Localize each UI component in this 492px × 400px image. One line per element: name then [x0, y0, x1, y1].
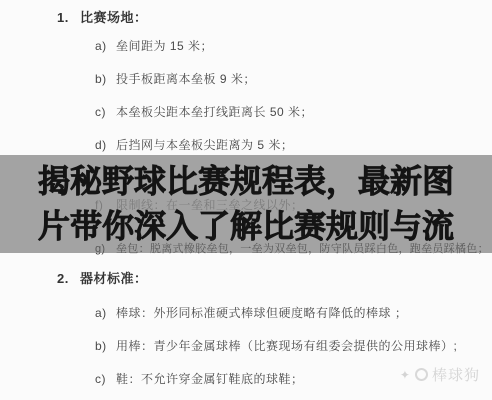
list-item: d)后挡网与本垒板尖距离为 5 米； [95, 136, 293, 153]
item-text: 本垒板尖距本垒打线距离长 50 米； [116, 105, 313, 119]
item-marker: c) [95, 105, 116, 119]
section-2-number: 2. [57, 271, 80, 286]
item-text: 后挡网与本垒板尖距离为 5 米； [116, 138, 293, 152]
headline-text: 揭秘野球比赛规程表，最新图片带你深入了解比赛规则与流 [28, 155, 464, 249]
list-item: b)投手板距离本垒板 9 米； [95, 70, 256, 87]
sparkle-icon: ✦ [400, 369, 411, 381]
section-2-header: 2.器材标准： [57, 268, 148, 287]
section-2-title: 器材标准： [80, 271, 148, 286]
item-marker: c) [95, 372, 116, 386]
watermark: ✦ 棒球狗 [400, 364, 480, 385]
item-text: 投手板距离本垒板 9 米； [116, 72, 256, 86]
item-text: 用棒：青少年金属球棒（比赛现场有组委会提供的公用球棒）; [116, 339, 457, 353]
item-marker: b) [95, 339, 116, 353]
item-text: 鞋：不允许穿金属钉鞋底的球鞋； [116, 372, 304, 386]
list-item: c)本垒板尖距本垒打线距离长 50 米； [95, 103, 313, 120]
baseball-icon [415, 368, 428, 381]
item-text: 棒球：外形同标准硬式棒球但硬度略有降低的棒球 ； [116, 306, 407, 320]
section-1-number: 1. [57, 10, 80, 25]
item-marker: d) [95, 138, 116, 152]
item-marker: b) [95, 72, 116, 86]
list-item: a)垒间距为 15 米； [95, 37, 213, 54]
watermark-label: 棒球狗 [432, 364, 480, 385]
list-item: a)棒球：外形同标准硬式棒球但硬度略有降低的棒球 ； [95, 304, 407, 321]
item-marker: a) [95, 39, 116, 53]
section-1-title: 比赛场地： [80, 10, 148, 25]
list-item: c)鞋：不允许穿金属钉鞋底的球鞋； [95, 370, 304, 387]
item-text: 垒间距为 15 米； [116, 39, 213, 53]
headline-overlay-banner: 揭秘野球比赛规程表，最新图片带你深入了解比赛规则与流 [0, 155, 492, 253]
item-marker: a) [95, 306, 116, 320]
list-item: b)用棒：青少年金属球棒（比赛现场有组委会提供的公用球棒）; [95, 337, 457, 354]
section-1-header: 1.比赛场地： [57, 7, 148, 26]
